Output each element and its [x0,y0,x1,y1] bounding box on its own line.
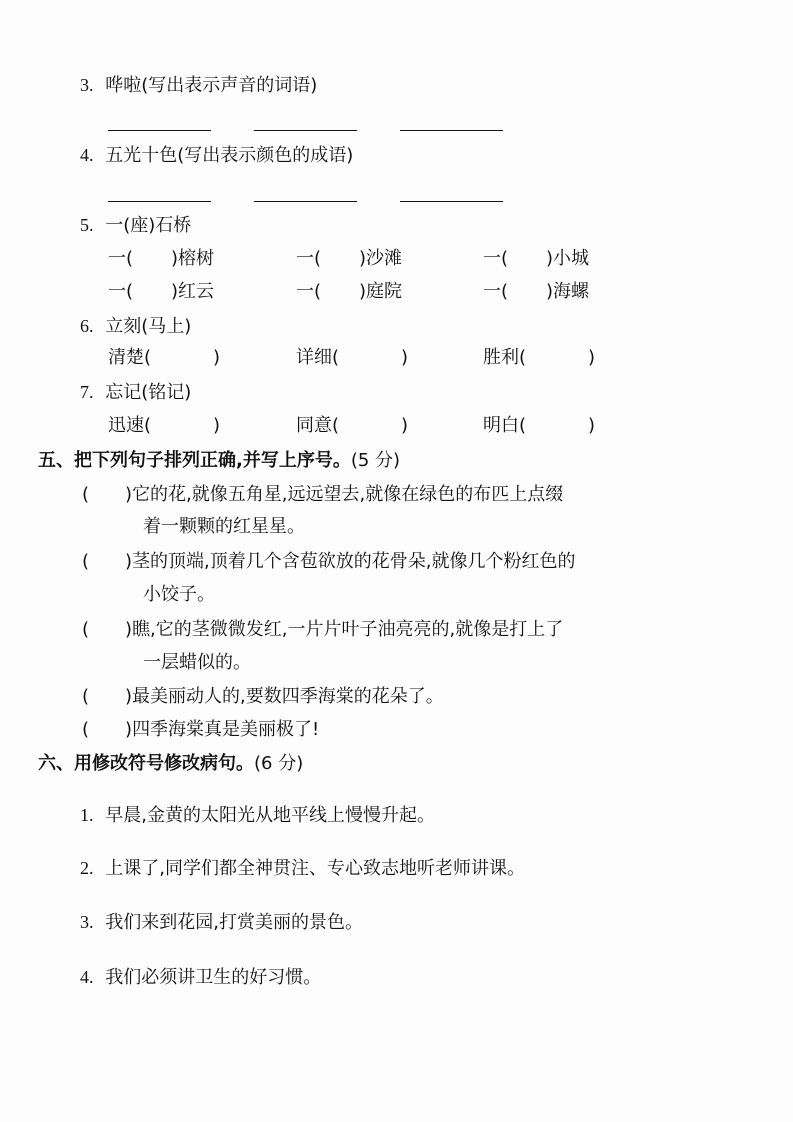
sentence-number: 3. [80,912,94,932]
order-blank[interactable]: () [82,719,132,740]
question-text: 哗啦(写出表示声音的词语) [105,75,317,96]
order-blank[interactable]: () [82,686,132,707]
ordering-item: ()瞧,它的茎微微发红,一片片叶子油亮亮的,就像是打上了 [82,619,563,641]
question-text: 立刻(马上) [105,316,191,337]
section-5-heading: 五、把下列句子排列正确,并写上序号。(5 分) [38,450,400,472]
measure-word-blank[interactable]: 一()海螺 [483,281,589,303]
section-score: (5 分) [351,450,400,471]
ordering-item-continuation: 小饺子。 [143,584,215,606]
answer-blank-3[interactable] [400,130,503,131]
sentence-text: 我们来到花园,打赏美丽的景色。 [105,912,363,933]
synonym-blank[interactable]: 详细() [296,347,408,369]
question-text: 五光十色(写出表示颜色的成语) [105,145,353,166]
faulty-sentence[interactable]: 2. 上课了,同学们都全神贯注、专心致志地听老师讲课。 [80,857,525,880]
question-3: 3. 哗啦(写出表示声音的词语) [80,74,317,97]
question-number: 7. [80,382,94,402]
measure-word-blank[interactable]: 一()庭院 [296,281,402,303]
sentence-number: 4. [80,967,94,987]
measure-word-blank[interactable]: 一()红云 [108,281,214,303]
synonym-blank[interactable]: 胜利() [483,347,595,369]
answer-blank-4[interactable] [108,201,211,202]
order-blank[interactable]: () [82,484,132,505]
section-score: (6 分) [254,753,303,774]
order-blank[interactable]: () [82,619,132,640]
synonym-blank[interactable]: 清楚() [108,347,220,369]
antonym-blank[interactable]: 明白() [483,415,595,437]
measure-word-blank[interactable]: 一()沙滩 [296,248,402,270]
question-number: 6. [80,316,94,336]
question-4: 4. 五光十色(写出表示颜色的成语) [80,144,353,167]
question-5: 5. 一(座)石桥 [80,214,191,237]
sentence-text: 我们必须讲卫生的好习惯。 [105,967,321,988]
section-6-heading: 六、用修改符号修改病句。(6 分) [38,753,303,775]
sentence-number: 1. [80,805,94,825]
ordering-item-continuation: 着一颗颗的红星星。 [143,516,305,538]
ordering-item-continuation: 一层蜡似的。 [143,652,251,674]
antonym-blank[interactable]: 迅速() [108,415,220,437]
question-number: 3. [80,75,94,95]
faulty-sentence[interactable]: 1. 早晨,金黄的太阳光从地平线上慢慢升起。 [80,804,435,827]
answer-blank-2[interactable] [254,130,357,131]
sentence-number: 2. [80,858,94,878]
answer-blank-5[interactable] [254,201,357,202]
ordering-item: ()茎的顶端,顶着几个含苞欲放的花骨朵,就像几个粉红色的 [82,551,576,573]
ordering-item: ()四季海棠真是美丽极了! [82,719,319,741]
answer-blank-1[interactable] [108,130,211,131]
answer-blank-6[interactable] [400,201,503,202]
faulty-sentence[interactable]: 4. 我们必须讲卫生的好习惯。 [80,966,321,989]
question-number: 4. [80,145,94,165]
ordering-item: ()它的花,就像五角星,远远望去,就像在绿色的布匹上点缀 [82,484,563,506]
measure-word-blank[interactable]: 一()小城 [483,248,589,270]
faulty-sentence[interactable]: 3. 我们来到花园,打赏美丽的景色。 [80,911,363,934]
question-6: 6. 立刻(马上) [80,315,191,338]
question-number: 5. [80,215,94,235]
question-text: 忘记(铭记) [105,382,191,403]
sentence-text: 上课了,同学们都全神贯注、专心致志地听老师讲课。 [105,858,525,879]
measure-word-blank[interactable]: 一()榕树 [108,248,214,270]
antonym-blank[interactable]: 同意() [296,415,408,437]
sentence-text: 早晨,金黄的太阳光从地平线上慢慢升起。 [105,805,435,826]
ordering-item: ()最美丽动人的,要数四季海棠的花朵了。 [82,686,444,708]
question-text: 一(座)石桥 [105,215,191,236]
question-7: 7. 忘记(铭记) [80,381,191,404]
order-blank[interactable]: () [82,551,132,572]
